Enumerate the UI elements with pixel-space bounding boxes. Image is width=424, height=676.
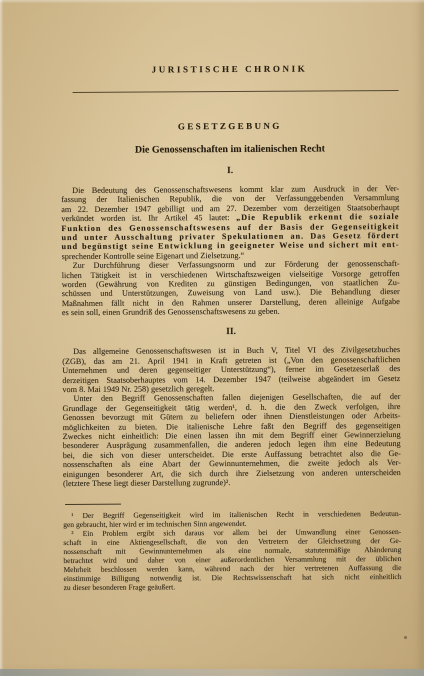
article-body: I.DieBedeutungdesGenossenschaftswesensko… <box>61 165 401 488</box>
body-line: esseinsoll,einenGrundrißdesGenossenschaf… <box>62 306 400 317</box>
paragraph: ZurDurchführungdieserVerfassungsnormundz… <box>62 259 400 317</box>
section-numeral: II. <box>62 326 400 338</box>
scan-edge-bottom <box>0 669 424 676</box>
section-numeral: I. <box>61 165 399 177</box>
paper-speck <box>404 636 407 639</box>
paragraph: DieBedeutungdesGenossenschaftswesenskomm… <box>61 184 399 261</box>
paragraph: UnterdenBegriffGenossenschaftenfallendie… <box>62 392 401 488</box>
footnote-line: zudieserbesonderenFragegeäußert. <box>64 581 402 592</box>
article-title: Die Genossenschaften im italienischen Re… <box>61 143 399 156</box>
footnote-rule <box>65 504 121 505</box>
running-head: JURISTISCHE CHRONIK <box>60 63 398 75</box>
paragraph: DasallgemeineGenossenschaftswesenistinBu… <box>62 345 400 394</box>
page-content: JURISTISCHE CHRONIK GESETZGEBUNG Die Gen… <box>60 0 402 592</box>
footnote-paragraph: ²EinProblemergibtsichdarausvorallembeide… <box>63 527 401 592</box>
section-kicker: GESETZGEBUNG <box>61 120 399 132</box>
body-line: (letztereTheseliegtdieserDarstellungzugr… <box>63 477 401 488</box>
header-rule <box>73 90 399 93</box>
scanned-page: JURISTISCHE CHRONIK GESETZGEBUNG Die Gen… <box>0 0 424 676</box>
footnotes: ¹DerBegriffGegenseitigkeitwirdimitalieni… <box>63 509 401 592</box>
footnote-paragraph: ¹DerBegriffGegenseitigkeitwirdimitalieni… <box>63 509 401 529</box>
